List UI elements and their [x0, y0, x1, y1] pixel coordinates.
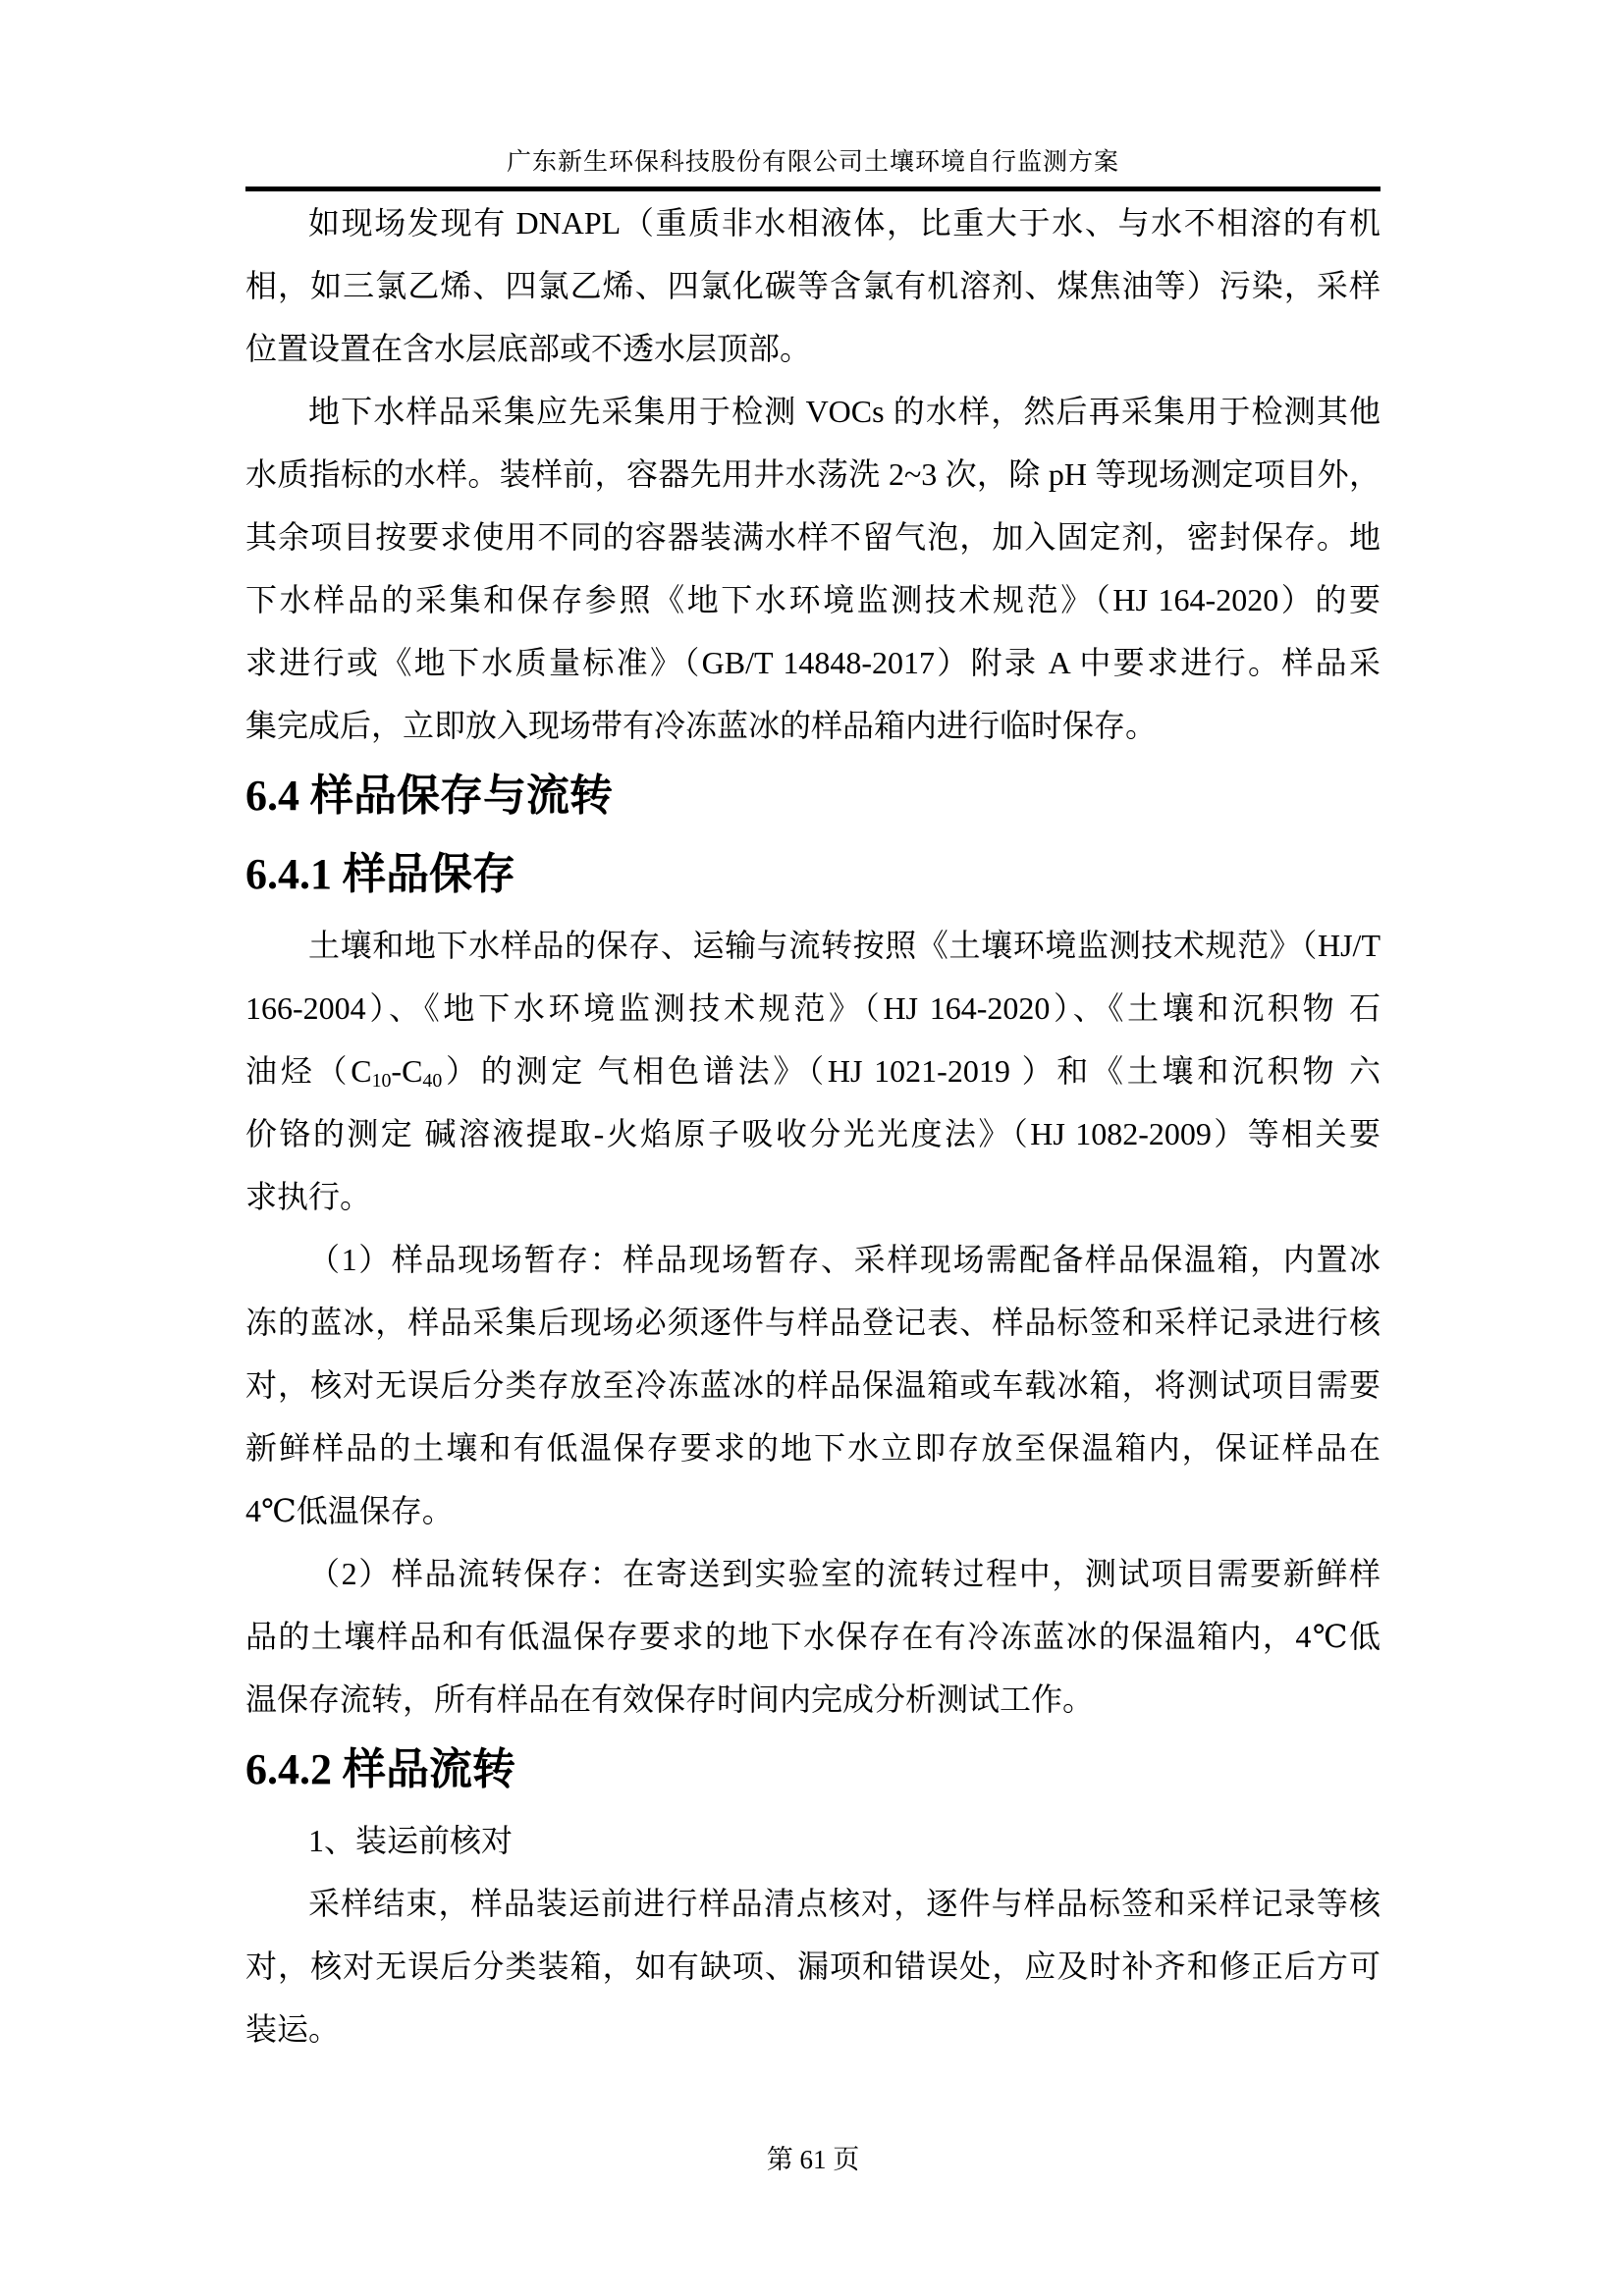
- body-line: 采样结束，样品装运前进行样品清点核对，逐件与样品标签和采样记录等核: [245, 1872, 1380, 1935]
- body-line: 土壤和地下水样品的保存、运输与流转按照《土壤环境监测技术规范》（HJ/T: [245, 914, 1380, 977]
- body-line: 对，核对无误后分类装箱，如有缺项、漏项和错误处，应及时补齐和修正后方可: [245, 1935, 1380, 1998]
- body-line: 油烃（C10-C40）的测定 气相色谱法》（HJ 1021-2019 ）和《土壤…: [245, 1040, 1380, 1102]
- page-number: 第 61 页: [245, 2145, 1380, 2174]
- body-line: 对，核对无误后分类存放至冷冻蓝冰的样品保温箱或车载冰箱，将测试项目需要: [245, 1354, 1380, 1416]
- page-header-title: 广东新生环保科技股份有限公司土壤环境自行监测方案: [245, 147, 1380, 179]
- body-line: 集完成后，立即放入现场带有冷冻蓝冰的样品箱内进行临时保存。: [245, 694, 1380, 757]
- body-line: （1）样品现场暂存：样品现场暂存、采样现场需配备样品保温箱，内置冰: [245, 1228, 1380, 1291]
- body-line: 下水样品的采集和保存参照《地下水环境监测技术规范》（HJ 164-2020）的要: [245, 568, 1380, 631]
- subscript-text: 10: [372, 1070, 392, 1092]
- body-line: 如现场发现有 DNAPL（重质非水相液体，比重大于水、与水不相溶的有机: [245, 191, 1380, 254]
- text-run: -C: [391, 1053, 422, 1089]
- section-heading: 6.4.1 样品保存: [245, 835, 1380, 914]
- section-heading: 6.4.2 样品流转: [245, 1731, 1380, 1809]
- section-heading: 6.4 样品保存与流转: [245, 757, 1380, 835]
- body-line: 品的土壤样品和有低温保存要求的地下水保存在有冷冻蓝冰的保温箱内，4℃低: [245, 1605, 1380, 1668]
- body-line: 新鲜样品的土壤和有低温保存要求的地下水立即存放至保温箱内，保证样品在: [245, 1416, 1380, 1479]
- body-line: 求进行或《地下水质量标准》（GB/T 14848-2017）附录 A 中要求进行…: [245, 631, 1380, 694]
- body-line: 4℃低温保存。: [245, 1479, 1380, 1542]
- body-line: 求执行。: [245, 1165, 1380, 1228]
- body-line: （2）样品流转保存：在寄送到实验室的流转过程中，测试项目需要新鲜样: [245, 1542, 1380, 1605]
- document-page: 广东新生环保科技股份有限公司土壤环境自行监测方案 如现场发现有 DNAPL（重质…: [0, 0, 1624, 2296]
- body-line: 166-2004）、《地下水环境监测技术规范》（HJ 164-2020）、《土壤…: [245, 977, 1380, 1040]
- subscript-text: 40: [422, 1070, 442, 1092]
- text-run: 油烃（C: [245, 1053, 372, 1089]
- body-line: 价铬的测定 碱溶液提取-火焰原子吸收分光光度法》（HJ 1082-2009）等相…: [245, 1102, 1380, 1165]
- body-line: 水质指标的水样。装样前，容器先用井水荡洗 2~3 次，除 pH 等现场测定项目外…: [245, 443, 1380, 506]
- body-line: 其余项目按要求使用不同的容器装满水样不留气泡，加入固定剂，密封保存。地: [245, 506, 1380, 568]
- body-line: 地下水样品采集应先采集用于检测 VOCs 的水样，然后再采集用于检测其他: [245, 380, 1380, 443]
- text-run: ）的测定 气相色谱法》（HJ 1021-2019 ）和《土壤和沉积物 六: [442, 1053, 1380, 1089]
- body-line: 装运。: [245, 1998, 1380, 2060]
- body-line: 1、装运前核对: [245, 1809, 1380, 1872]
- body-line: 冻的蓝冰，样品采集后现场必须逐件与样品登记表、样品标签和采样记录进行核: [245, 1291, 1380, 1354]
- body-line: 相，如三氯乙烯、四氯乙烯、四氯化碳等含氯有机溶剂、煤焦油等）污染，采样: [245, 254, 1380, 317]
- document-content: 如现场发现有 DNAPL（重质非水相液体，比重大于水、与水不相溶的有机相，如三氯…: [245, 191, 1380, 2060]
- body-line: 位置设置在含水层底部或不透水层顶部。: [245, 317, 1380, 380]
- body-line: 温保存流转，所有样品在有效保存时间内完成分析测试工作。: [245, 1668, 1380, 1731]
